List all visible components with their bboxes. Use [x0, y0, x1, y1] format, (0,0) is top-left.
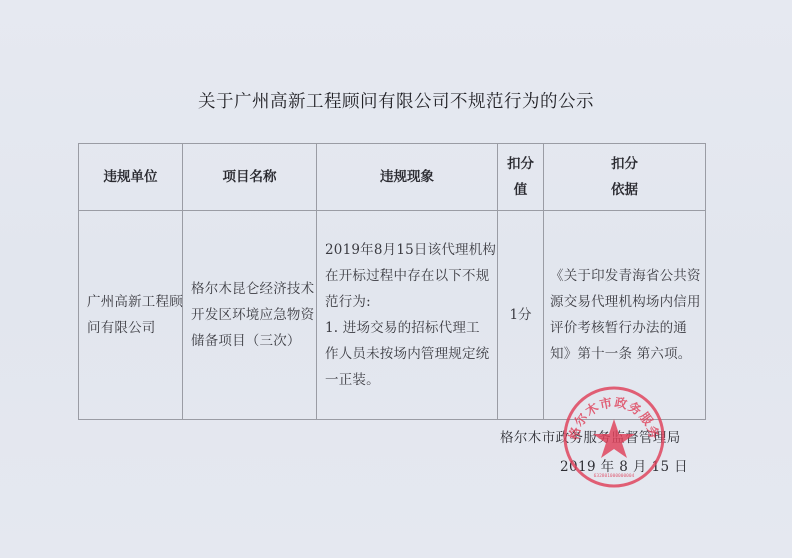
phenomenon-line: 一正装。: [325, 367, 493, 393]
unit-line: 问有限公司: [87, 315, 178, 341]
project-line: 格尔木昆仑经济技术: [191, 276, 312, 302]
cell-basis: 《关于印发青海省公共资 源交易代理机构场内信用 评价考核暂行办法的通 知》第十一…: [544, 211, 706, 420]
document-page: 关于广州高新工程顾问有限公司不规范行为的公示 违规单位 项目名称 违规现象 扣分…: [0, 0, 792, 558]
basis-line: 源交易代理机构场内信用: [550, 289, 701, 315]
project-line: 储备项目（三次）: [191, 328, 312, 354]
table-header-row: 违规单位 项目名称 违规现象 扣分 值 扣分 依据: [79, 144, 706, 211]
phenomenon-line: 作人员未按场内管理规定统: [325, 341, 493, 367]
phenomenon-line: 1. 进场交易的招标代理工: [325, 315, 493, 341]
cell-project: 格尔木昆仑经济技术 开发区环境应急物资 储备项目（三次）: [183, 211, 317, 420]
header-deduction-line2: 值: [498, 177, 543, 203]
document-title: 关于广州高新工程顾问有限公司不规范行为的公示: [0, 88, 792, 113]
issuer-name: 格尔木市政务服务监督管理局: [500, 426, 681, 446]
header-basis-line1: 扣分: [544, 151, 705, 177]
header-deduction-line1: 扣分: [498, 151, 543, 177]
unit-line: 广州高新工程顾: [87, 289, 178, 315]
cell-deduction: 1分: [498, 211, 544, 420]
issue-date: 2019 年 8 月 15 日: [560, 455, 688, 475]
phenomenon-line: 2019年8月15日该代理机构: [325, 237, 493, 263]
project-line: 开发区环境应急物资: [191, 302, 312, 328]
header-unit: 违规单位: [79, 144, 183, 211]
basis-line: 知》第十一条 第六项。: [550, 341, 701, 367]
cell-phenomenon: 2019年8月15日该代理机构 在开标过程中存在以下不规 范行为: 1. 进场交…: [317, 211, 498, 420]
header-deduction: 扣分 值: [498, 144, 544, 211]
basis-line: 评价考核暂行办法的通: [550, 315, 701, 341]
header-basis-line2: 依据: [544, 177, 705, 203]
header-project: 项目名称: [183, 144, 317, 211]
violation-table: 违规单位 项目名称 违规现象 扣分 值 扣分 依据 广州高新工程顾 问有限公司: [78, 143, 706, 420]
cell-unit: 广州高新工程顾 问有限公司: [79, 211, 183, 420]
table-row: 广州高新工程顾 问有限公司 格尔木昆仑经济技术 开发区环境应急物资 储备项目（三…: [79, 211, 706, 420]
phenomenon-line: 范行为:: [325, 289, 493, 315]
header-phenomenon: 违规现象: [317, 144, 498, 211]
header-basis: 扣分 依据: [544, 144, 706, 211]
basis-line: 《关于印发青海省公共资: [550, 263, 701, 289]
phenomenon-line: 在开标过程中存在以下不规: [325, 263, 493, 289]
